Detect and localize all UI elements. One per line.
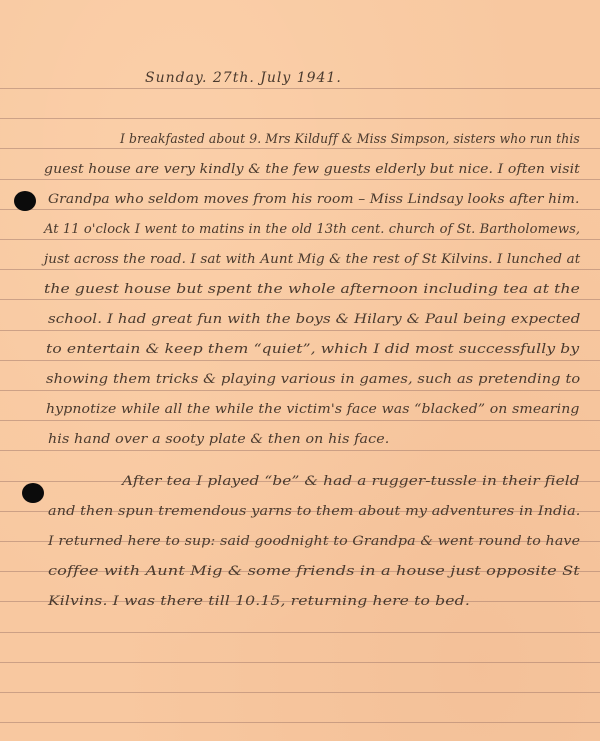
entry-line: school. I had great fun with the boys & …: [48, 311, 580, 326]
entry-line: and then spun tremendous yarns to them a…: [48, 503, 580, 518]
entry-line: At 11 o'clock I went to matins in the ol…: [44, 221, 580, 236]
punch-hole-top: [14, 191, 36, 211]
entry-line: Kilvins. I was there till 10.15, returni…: [48, 593, 470, 608]
entry-date-heading: Sunday. 27th. July 1941.: [145, 70, 342, 86]
ruled-line: [0, 390, 600, 391]
ruled-line: [0, 299, 600, 300]
ruled-line: [0, 632, 600, 633]
entry-line: coffee with Aunt Mig & some friends in a…: [48, 563, 580, 578]
entry-line: hypnotize while all the while the victim…: [46, 401, 580, 416]
ruled-line: [0, 118, 600, 119]
ruled-line: [0, 88, 600, 89]
ruled-line: [0, 692, 600, 693]
ruled-line: [0, 209, 600, 210]
entry-line: I returned here to sup: said goodnight t…: [48, 533, 580, 548]
ruled-line: [0, 239, 600, 240]
entry-line: guest house are very kindly & the few gu…: [44, 161, 580, 176]
ruled-line: [0, 330, 600, 331]
entry-line: just across the road. I sat with Aunt Mi…: [44, 251, 580, 266]
entry-line: his hand over a sooty plate & then on hi…: [48, 431, 389, 446]
entry-line: showing them tricks & playing various in…: [46, 371, 580, 386]
ruled-line: [0, 662, 600, 663]
entry-line: I breakfasted about 9. Mrs Kilduff & Mis…: [120, 131, 580, 146]
ruled-line: [0, 360, 600, 361]
ruled-line: [0, 179, 600, 180]
entry-line: Grandpa who seldom moves from his room –…: [48, 191, 579, 206]
ruled-line: [0, 269, 600, 270]
entry-line: After tea I played “be” & had a rugger-t…: [122, 473, 580, 488]
ruled-line: [0, 148, 600, 149]
ruled-line: [0, 722, 600, 723]
entry-line: to entertain & keep them “quiet”, which …: [46, 341, 579, 356]
entry-line: the guest house but spent the whole afte…: [44, 281, 580, 296]
ruled-line: [0, 450, 600, 451]
diary-page: Sunday. 27th. July 1941. I breakfasted a…: [0, 0, 600, 741]
ruled-line: [0, 420, 600, 421]
punch-hole-bottom: [22, 483, 44, 503]
